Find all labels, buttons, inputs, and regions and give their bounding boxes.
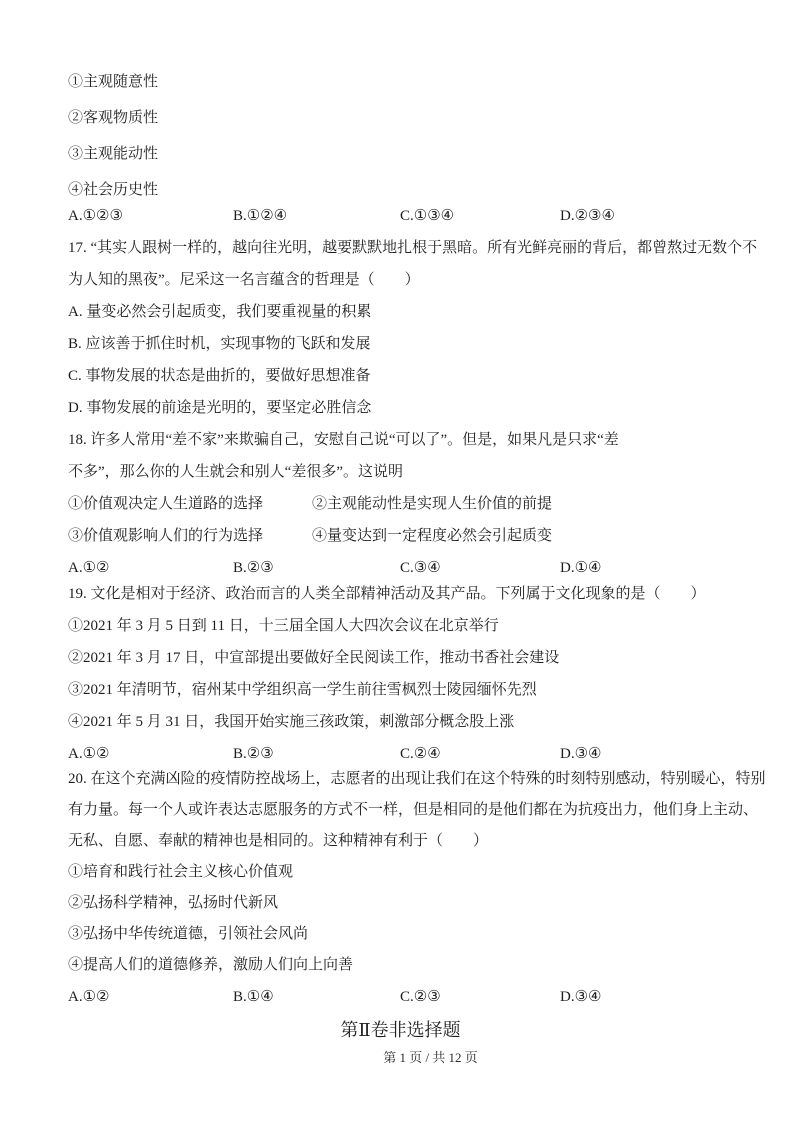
q20-item-2: ②弘扬科学精神，弘扬时代新风 bbox=[68, 888, 763, 919]
q16-item-1: ①主观随意性 bbox=[68, 64, 763, 100]
question-17: 17. “其实人跟树一样的，越向往光明，越要默默地扎根于黑暗。所有光鲜亮丽的背后… bbox=[68, 232, 763, 424]
q16-options-row: A.①②③ B.①②④ C.①③④ D.②③④ bbox=[68, 200, 763, 232]
q17-option-d: D. 事物发展的前途是光明的，要坚定必胜信念 bbox=[68, 392, 763, 424]
q18-items-row-2: ③价值观影响人们的行为选择 ④量变达到一定程度必然会引起质变 bbox=[68, 520, 763, 552]
question-20: 20. 在这个充满凶险的疫情防控战场上，志愿者的出现让我们在这个特殊的时刻特别感… bbox=[68, 764, 763, 1013]
q17-stem-line-2: 为人知的黑夜”。尼采这一名言蕴含的哲理是（ ） bbox=[68, 264, 763, 296]
q17-stem-line-1: 17. “其实人跟树一样的，越向往光明，越要默默地扎根于黑暗。所有光鲜亮丽的背后… bbox=[68, 232, 763, 264]
exam-page: ①主观随意性 ②客观物质性 ③主观能动性 ④社会历史性 A.①②③ B.①②④ … bbox=[0, 0, 793, 1122]
question-19: 19. 文化是相对于经济、政治而言的人类全部精神活动及其产品。下列属于文化现象的… bbox=[68, 578, 763, 770]
q20-option-c: C.②③ bbox=[400, 981, 560, 1013]
page-number-footer: 第 1 页 / 共 12 页 bbox=[68, 1047, 793, 1069]
q16-option-d: D.②③④ bbox=[560, 200, 763, 232]
q18-item-2: ②主观能动性是实现人生价值的前提 bbox=[312, 488, 763, 520]
q18-stem-line-2: 不多”，那么你的人生就会和别人“差很多”。这说明 bbox=[68, 456, 763, 488]
q18-items-row-1: ①价值观决定人生道路的选择 ②主观能动性是实现人生价值的前提 bbox=[68, 488, 763, 520]
q16-item-2: ②客观物质性 bbox=[68, 100, 763, 136]
q20-item-4: ④提高人们的道德修养，激励人们向上向善 bbox=[68, 950, 763, 981]
q18-item-1: ①价值观决定人生道路的选择 bbox=[68, 488, 312, 520]
question-18: 18. 许多人常用“差不家”来欺骗自己，安慰自己说“可以了”。但是，如果凡是只求… bbox=[68, 424, 763, 584]
q16-option-b: B.①②④ bbox=[233, 200, 400, 232]
q18-stem-line-1: 18. 许多人常用“差不家”来欺骗自己，安慰自己说“可以了”。但是，如果凡是只求… bbox=[68, 424, 763, 456]
q19-item-3: ③2021 年清明节，宿州某中学组织高一学生前往雪枫烈士陵园缅怀先烈 bbox=[68, 674, 763, 706]
q18-item-3: ③价值观影响人们的行为选择 bbox=[68, 520, 312, 552]
q20-stem-line-1: 20. 在这个充满凶险的疫情防控战场上，志愿者的出现让我们在这个特殊的时刻特别感… bbox=[68, 764, 763, 795]
q16-item-3: ③主观能动性 bbox=[68, 136, 763, 172]
q17-option-a: A. 量变必然会引起质变，我们要重视量的积累 bbox=[68, 296, 763, 328]
q19-item-4: ④2021 年 5 月 31 日，我国开始实施三孩政策，刺激部分概念股上涨 bbox=[68, 706, 763, 738]
q16-option-c: C.①③④ bbox=[400, 200, 560, 232]
q20-option-a: A.①② bbox=[68, 981, 233, 1013]
q20-option-b: B.①④ bbox=[233, 981, 400, 1013]
q19-stem-line-1: 19. 文化是相对于经济、政治而言的人类全部精神活动及其产品。下列属于文化现象的… bbox=[68, 578, 763, 610]
q17-option-c: C. 事物发展的状态是曲折的，要做好思想准备 bbox=[68, 360, 763, 392]
q20-stem-line-2: 有力量。每一个人或许表达志愿服务的方式不一样，但是相同的是他们都在为抗疫出力，他… bbox=[68, 795, 763, 826]
q18-item-4: ④量变达到一定程度必然会引起质变 bbox=[312, 520, 763, 552]
section-2-title: 第Ⅱ卷非选择题 bbox=[8, 1013, 793, 1047]
q20-stem-line-3: 无私、自愿、奉献的精神也是相同的。这种精神有利于（ ） bbox=[68, 826, 763, 857]
q17-option-b: B. 应该善于抓住时机，实现事物的飞跃和发展 bbox=[68, 328, 763, 360]
q16-option-a: A.①②③ bbox=[68, 200, 233, 232]
question-16-tail: ①主观随意性 ②客观物质性 ③主观能动性 ④社会历史性 A.①②③ B.①②④ … bbox=[68, 64, 763, 232]
q20-item-1: ①培育和践行社会主义核心价值观 bbox=[68, 857, 763, 888]
q19-item-1: ①2021 年 3 月 5 日到 11 日，十三届全国人大四次会议在北京举行 bbox=[68, 610, 763, 642]
q20-option-d: D.③④ bbox=[560, 981, 763, 1013]
q20-item-3: ③弘扬中华传统道德，引领社会风尚 bbox=[68, 919, 763, 950]
q19-item-2: ②2021 年 3 月 17 日，中宣部提出要做好全民阅读工作，推动书香社会建设 bbox=[68, 642, 763, 674]
q20-options-row: A.①② B.①④ C.②③ D.③④ bbox=[68, 981, 763, 1013]
